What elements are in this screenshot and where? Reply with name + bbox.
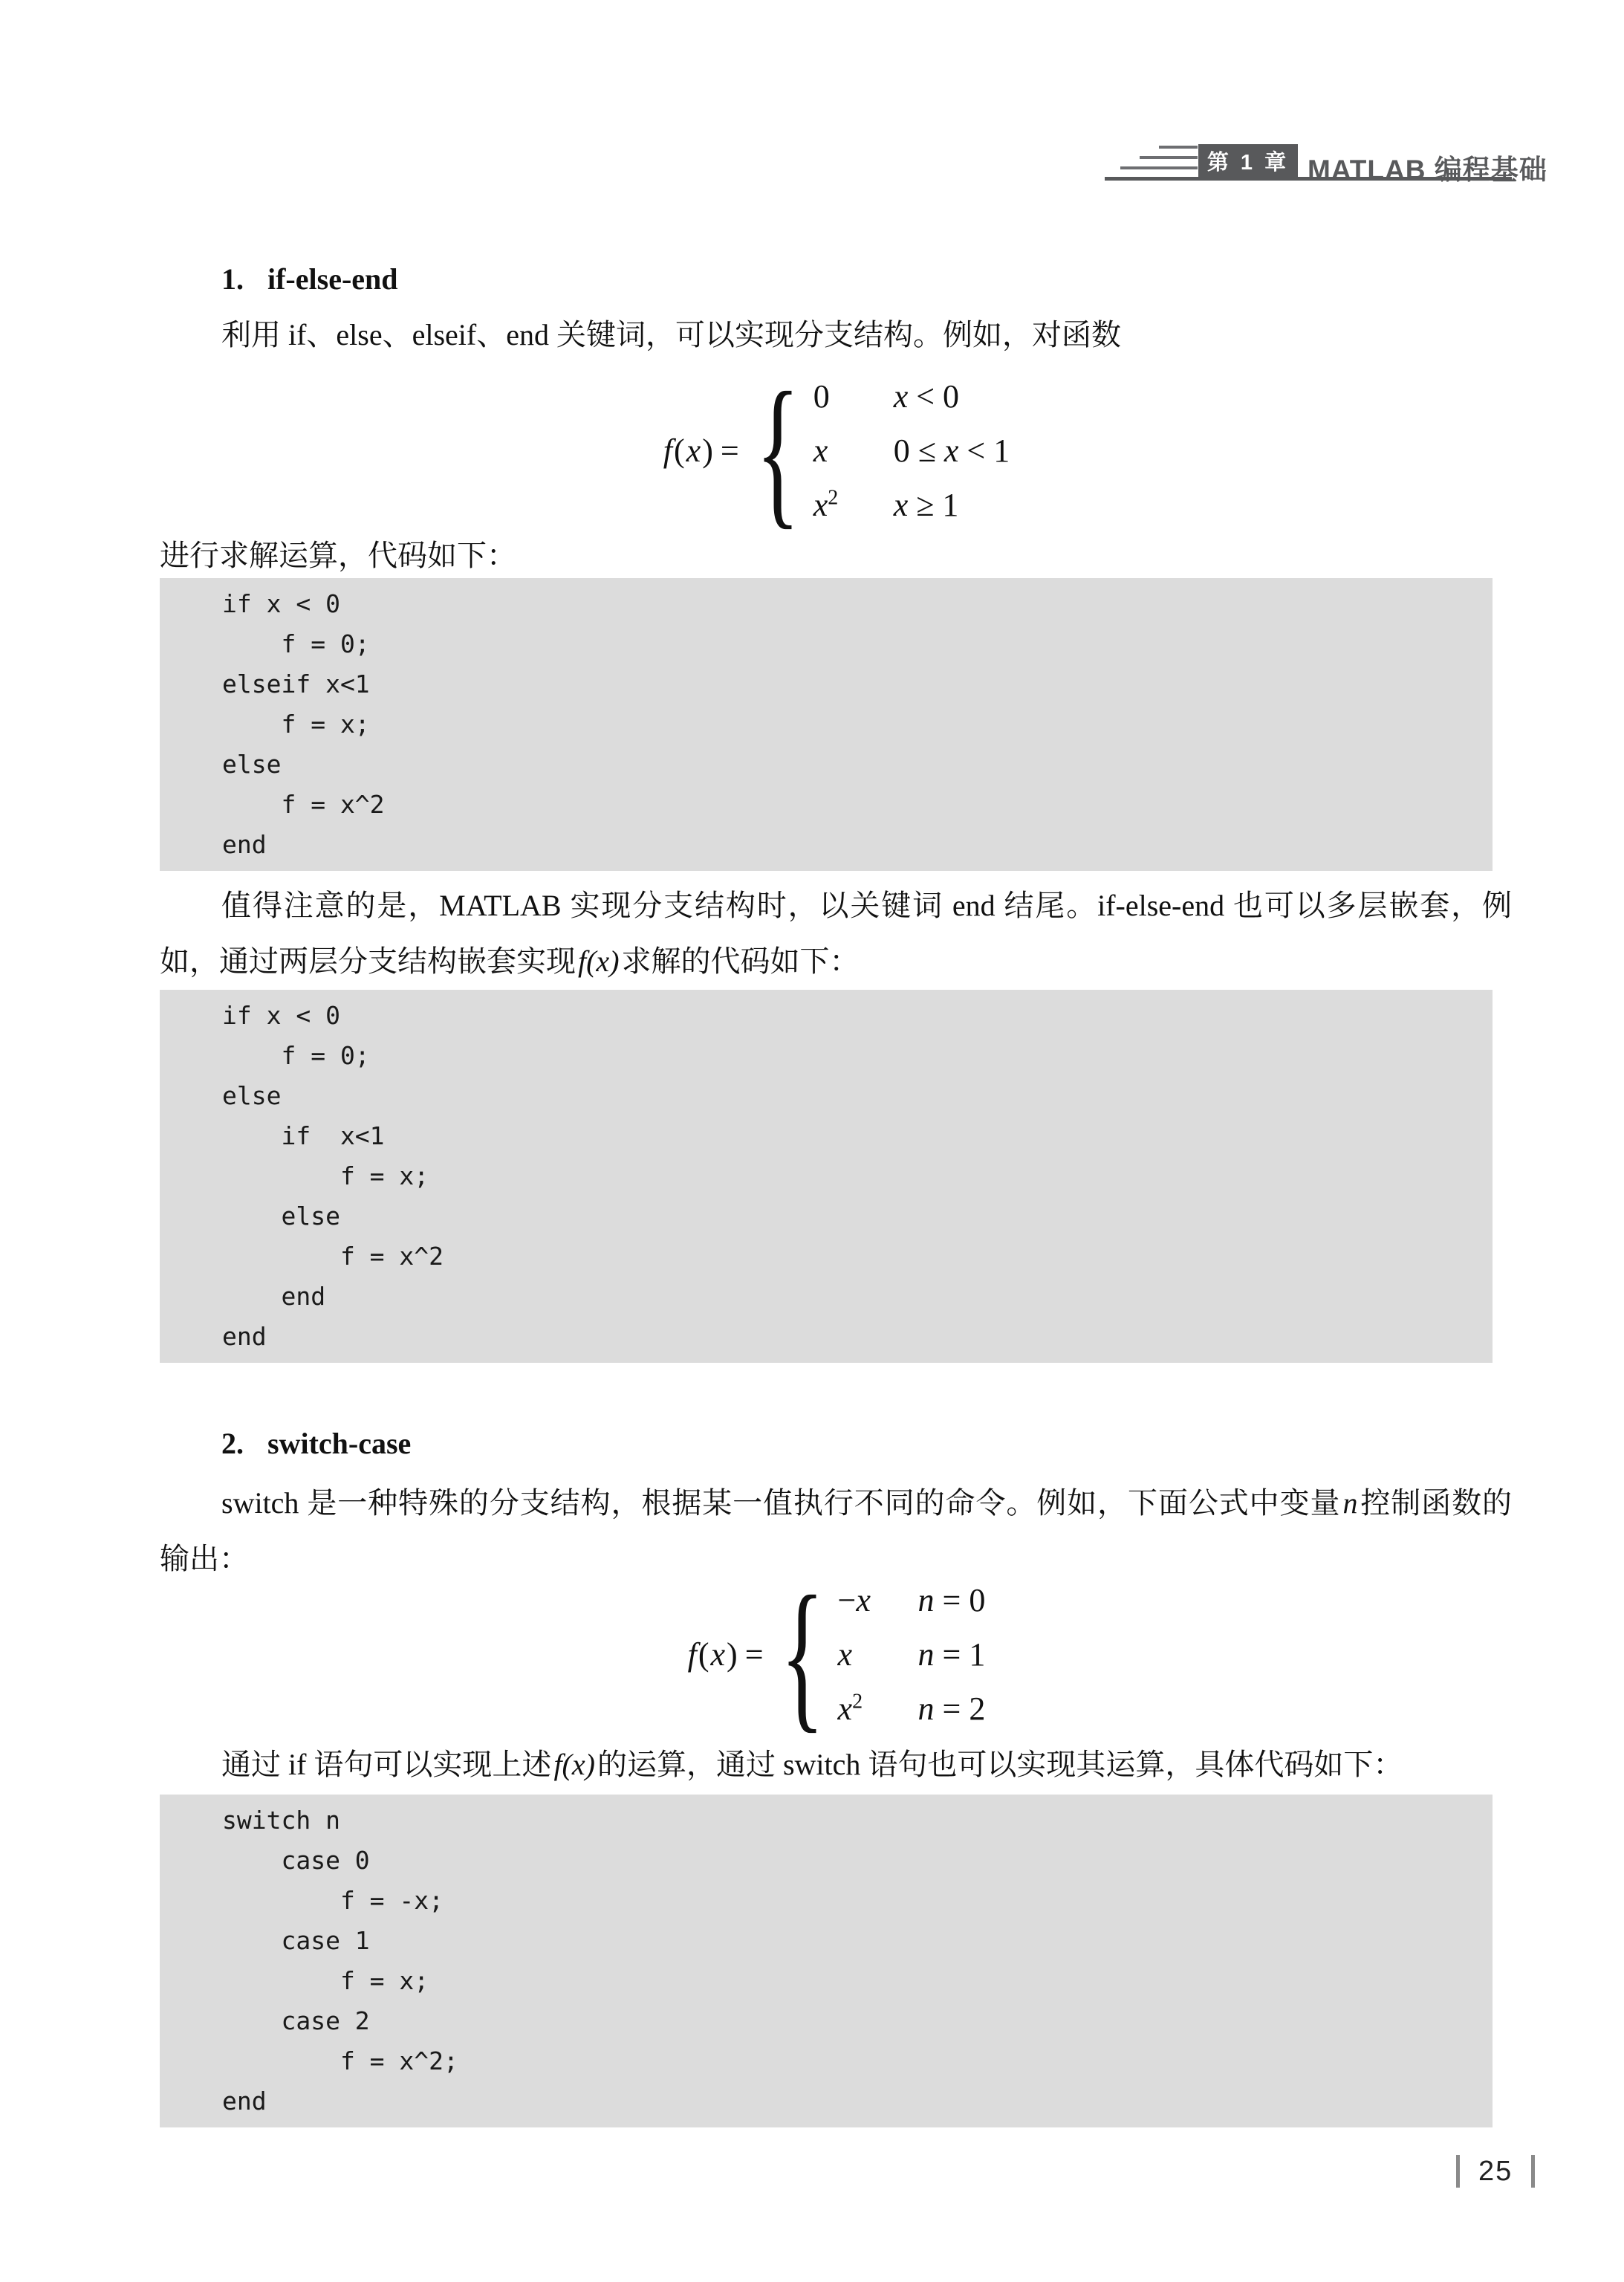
section-title: switch-case — [267, 1427, 411, 1460]
formula-case-row: −x n = 0 — [838, 1581, 986, 1619]
inline-math-n: n — [1340, 1486, 1360, 1520]
page-number-bar-left — [1456, 2155, 1460, 2188]
header-speed-line-3 — [1120, 166, 1198, 169]
formula-f: f — [686, 1636, 698, 1673]
code-block-nested-if: if x < 0 f = 0; else if x<1 f = x; else … — [160, 990, 1493, 1363]
page-number: 25 — [1456, 2155, 1535, 2188]
inline-math-fx: f(x) — [576, 944, 622, 978]
page-number-bar-right — [1531, 2155, 1535, 2188]
header-speed-line-2 — [1140, 156, 1198, 159]
chapter-header: 第 1 章 MATLAB 编程基础 — [1077, 111, 1516, 186]
formula-brace: { — [756, 380, 799, 521]
case-value: −x — [838, 1581, 918, 1619]
case-value: x2 — [813, 486, 894, 524]
chapter-title: MATLAB 编程基础 — [1308, 147, 1547, 187]
paragraph-text: 进行求解运算，代码如下： — [160, 539, 516, 572]
section-heading-if-else-end: 1. if-else-end — [160, 251, 1512, 307]
formula-equals: = — [721, 432, 739, 469]
book-page: 第 1 章 MATLAB 编程基础 1. if-else-end 利用 if、e… — [0, 0, 1624, 2282]
section-heading-switch-case: 2. switch-case — [160, 1416, 1512, 1471]
inline-math-fx: f(x) — [551, 1748, 597, 1781]
formula-paren-close: ) — [727, 1636, 738, 1673]
formula-case-row: 0 x < 0 — [813, 377, 1010, 415]
formula-case-row: x2 n = 2 — [838, 1690, 986, 1728]
formula-cases: 0 x < 0 x 0 ≤ x < 1 x2 x ≥ 1 — [803, 377, 1010, 524]
chapter-number-badge: 第 1 章 — [1198, 144, 1298, 177]
case-condition: n = 2 — [918, 1690, 986, 1728]
header-rule — [1105, 177, 1512, 181]
case-condition: n = 0 — [918, 1581, 986, 1619]
case-value: x2 — [838, 1690, 918, 1728]
header-speed-line-1 — [1159, 146, 1198, 149]
formula-x: x — [709, 1636, 727, 1673]
formula-equals: = — [745, 1636, 764, 1673]
section-title: if-else-end — [267, 262, 398, 296]
paragraph-text: 利用 if、else、elseif、end 关键词，可以实现分支结构。例如，对函… — [221, 318, 1121, 351]
formula-lhs: f(x)= — [686, 1636, 773, 1673]
formula-case-row: x2 x ≥ 1 — [813, 486, 1010, 524]
paragraph-if-intro: 利用 if、else、elseif、end 关键词，可以实现分支结构。例如，对函… — [160, 307, 1512, 363]
code-block-if-else: if x < 0 f = 0; elseif x<1 f = x; else f… — [160, 578, 1493, 871]
formula-brace: { — [780, 1584, 824, 1725]
paragraph-switch-bridge: 通过 if 语句可以实现上述f(x)的运算，通过 switch 语句也可以实现其… — [160, 1737, 1512, 1792]
code-block-switch: switch n case 0 f = -x; case 1 f = x; ca… — [160, 1795, 1493, 2127]
case-value: x — [838, 1636, 918, 1673]
paragraph-formula-followup: 进行求解运算，代码如下： — [160, 528, 1512, 583]
section-number: 2. — [221, 1427, 244, 1460]
piecewise-formula-x: f(x)= { 0 x < 0 x 0 ≤ x < 1 x2 x ≥ 1 — [160, 372, 1512, 529]
case-condition: x ≥ 1 — [894, 486, 959, 524]
formula-x: x — [685, 432, 703, 469]
piecewise-formula-n: f(x)= { −x n = 0 x n = 1 x2 n = 2 — [160, 1577, 1512, 1731]
formula-paren-open: ( — [674, 432, 685, 469]
formula-case-row: x n = 1 — [838, 1636, 986, 1673]
case-condition: x < 0 — [894, 377, 959, 415]
formula-f: f — [662, 432, 674, 469]
formula-case-row: x 0 ≤ x < 1 — [813, 432, 1010, 470]
case-value: 0 — [813, 377, 894, 415]
section-number: 1. — [221, 262, 244, 296]
case-condition: n = 1 — [918, 1636, 986, 1673]
chapter-number-label: 第 1 章 — [1207, 146, 1289, 176]
formula-paren-open: ( — [698, 1636, 709, 1673]
paragraph-nesting-note: 值得注意的是，MATLAB 实现分支结构时，以关键词 end 结尾。if-els… — [160, 878, 1512, 989]
case-condition: 0 ≤ x < 1 — [894, 432, 1010, 470]
formula-paren-close: ) — [702, 432, 713, 469]
paragraph-switch-intro: switch 是一种特殊的分支结构，根据某一值执行不同的命令。例如，下面公式中变… — [160, 1475, 1512, 1586]
formula-cases: −x n = 0 x n = 1 x2 n = 2 — [828, 1581, 986, 1728]
case-value: x — [813, 432, 894, 470]
page-number-value: 25 — [1478, 2156, 1513, 2188]
formula-lhs: f(x)= — [662, 432, 748, 470]
